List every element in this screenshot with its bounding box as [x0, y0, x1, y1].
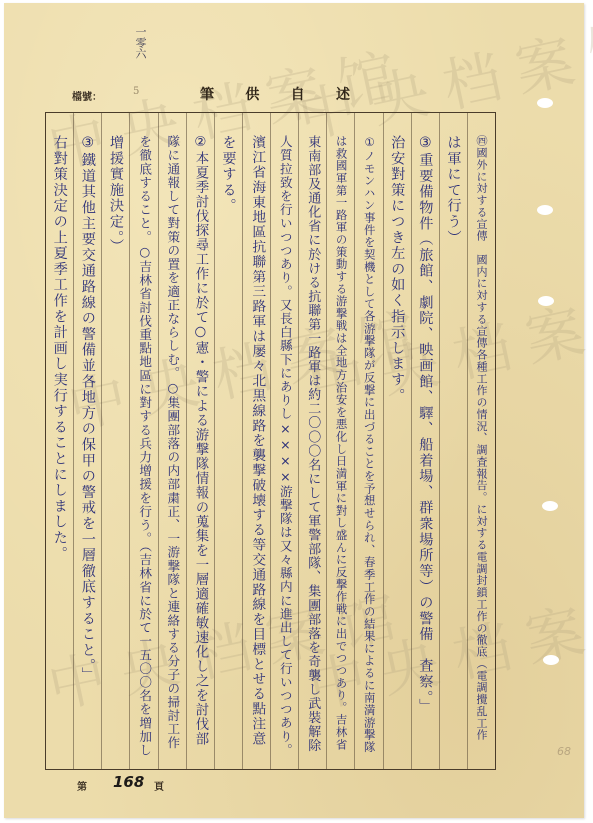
handwritten-line: を要する。	[221, 135, 235, 214]
grid-column: は救國軍第一路軍の策動する游撃戦は全地方治安を悪化し日満軍に對し盛んに反撃作戦に…	[326, 113, 354, 769]
grid-column: ③重要備物件（旅館、劇院、映画館、驛、船着場、群衆場所等）の警備 査察。」	[411, 113, 439, 769]
page-prefix: 第	[77, 778, 87, 793]
file-number-value: 5	[133, 86, 139, 97]
title-char: 述	[336, 84, 350, 104]
grid-column: 增援實施決定。）	[101, 113, 129, 769]
handwritten-line: 右對策決定の上夏季工作を計画し実行することにしました。	[52, 135, 66, 562]
punch-hole	[542, 501, 558, 511]
punch-hole	[537, 98, 553, 108]
grid-column: ③鐵道其他主要交通路線の警備並各地方の保甲の警戒を一層徹底すること。」	[73, 113, 101, 769]
punch-hole	[538, 296, 554, 306]
handwritten-line: ㊃國外に対する宣傳 國内に対する宣傳各種工作の情況、調査報告。に対する電調封鎖工…	[476, 135, 487, 741]
page-suffix: 頁	[154, 778, 164, 793]
punch-hole	[543, 655, 559, 665]
grid-column: 隊に通報して對策の置を適正ならしむ。○集團部落の内部粛正、一游撃隊と連絡する分子…	[158, 113, 186, 769]
handwritten-line: は救國軍第一路軍の策動する游撃戦は全地方治安を悪化し日満軍に對し盛んに反撃作戦に…	[335, 135, 346, 751]
handwritten-line: を徹底すること。○吉林省討伐重點地區に對する兵力增援を行う。（吉林省に於て一五〇…	[138, 135, 151, 757]
grid-column: 治安對策につき左の如く指示します。	[383, 113, 411, 769]
manuscript-grid: ㊃國外に対する宣傳 國内に対する宣傳各種工作の情況、調査報告。に対する電調封鎖工…	[45, 112, 496, 770]
document-title: 筆 供 自 述	[200, 84, 350, 104]
handwritten-line: 東南部及通化省に於ける抗聯第一路軍は約二〇〇〇名にして軍警部隊、集團部落を奇襲し…	[306, 135, 319, 753]
archive-page-number: 68	[557, 745, 571, 758]
handwritten-line: ②本夏季討伐探尋工作に於て○憲・警による游撃隊情報の蒐集を一層適確敏速化し之を討…	[193, 135, 206, 746]
handwritten-line: 隊に通報して對策の置を適正ならしむ。○集團部落の内部粛正、一游撃隊と連絡する分子…	[166, 135, 179, 750]
grid-column: 東南部及通化省に於ける抗聯第一路軍は約二〇〇〇名にして軍警部隊、集團部落を奇襲し…	[298, 113, 326, 769]
page-number: 168	[113, 773, 144, 791]
file-number-label: 檔號：	[72, 88, 102, 103]
grid-column: 濱江省海東地區抗聯第三路軍は屡々北黒線路を襲撃破壊する等交通路線を目標とせる點注…	[242, 113, 270, 769]
handwritten-line: は軍にて行う）	[446, 135, 460, 246]
handwritten-line: 治安對策につき左の如く指示します。	[390, 135, 404, 404]
grid-column: ②本夏季討伐探尋工作に於て○憲・警による游撃隊情報の蒐集を一層適確敏速化し之を討…	[186, 113, 214, 769]
handwritten-line: 人質拉致を行いつつあり。又長白縣下にありし××××游撃隊は又々縣内に進出して行い…	[278, 135, 291, 757]
handwritten-line: ①ノモンハン事件を契機として各游撃隊が反撃に出づることを予想せられ、春季工作の結…	[363, 135, 374, 753]
grid-column: を要する。	[214, 113, 242, 769]
handwritten-line: ③鐵道其他主要交通路線の警備並各地方の保甲の警戒を一層徹底すること。」	[81, 135, 95, 683]
grid-column: は軍にて行う）	[439, 113, 467, 769]
handwritten-line: 增援實施決定。）	[109, 135, 123, 254]
title-char: 供	[245, 84, 259, 104]
grid-column: 右對策決定の上夏季工作を計画し実行することにしました。	[46, 113, 73, 769]
grid-column: ①ノモンハン事件を契機として各游撃隊が反撃に出づることを予想せられ、春季工作の結…	[354, 113, 382, 769]
punch-hole	[537, 205, 553, 215]
grid-column: ㊃國外に対する宣傳 國内に対する宣傳各種工作の情況、調査報告。に対する電調封鎖工…	[467, 113, 495, 769]
handwritten-line: ③重要備物件（旅館、劇院、映画館、驛、船着場、群衆場所等）の警備 査察。」	[418, 135, 432, 714]
title-char: 筆	[200, 84, 214, 104]
margin-handwritten-note: 一零六	[132, 26, 148, 59]
grid-column: 人質拉致を行いつつあり。又長白縣下にありし××××游撃隊は又々縣内に進出して行い…	[270, 113, 298, 769]
handwritten-line: 濱江省海東地區抗聯第三路軍は屡々北黒線路を襲撃破壊する等交通路線を目標とせる點注…	[250, 135, 264, 746]
grid-column: を徹底すること。○吉林省討伐重點地區に對する兵力增援を行う。（吉林省に於て一五〇…	[129, 113, 157, 769]
title-char: 自	[291, 84, 305, 104]
